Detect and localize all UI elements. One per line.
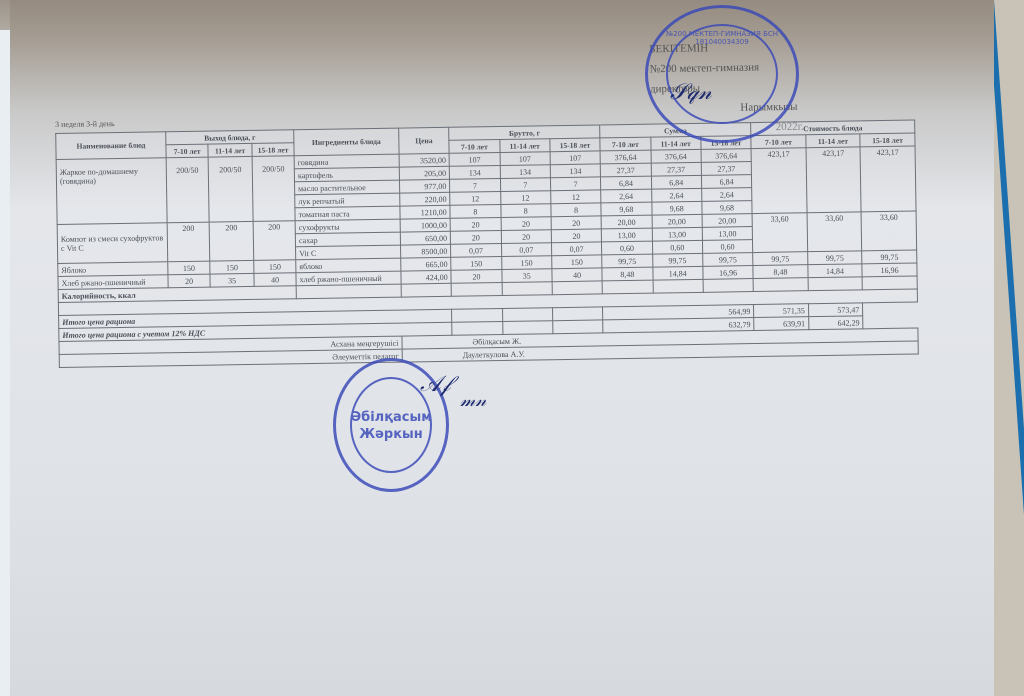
sum: 20,00 [652,214,703,228]
portion: 150 [210,260,254,274]
gross: 20 [451,270,502,284]
gross: 40 [552,268,603,282]
col-price: Цена [399,127,450,154]
gross: 134 [500,165,551,179]
price: 424,00 [401,270,452,284]
price: 665,00 [401,257,452,271]
sum: 20,00 [601,215,652,229]
total-vat-value: 642,29 [808,316,863,330]
portion: 150 [168,261,210,275]
price: 1000,00 [400,218,451,232]
gross: 8 [551,203,602,217]
dish-cost: 33,60 [807,212,862,252]
gross: 20 [551,229,602,243]
gross: 7 [550,177,601,191]
portion: 200 [253,221,296,261]
dish-name: Жаркое по-домашнему (говядина) [56,158,167,225]
gross: 7 [500,178,551,192]
sum: 8,48 [602,267,653,281]
age-group: 15-18 лет [860,133,915,147]
sum: 27,37 [651,162,702,176]
gross: 107 [500,152,551,166]
dish-cost: 99,75 [862,250,917,264]
sum: 6,84 [651,175,702,189]
dish-cost: 16,96 [862,263,917,277]
portion: 200 [209,221,254,261]
gross: 20 [450,218,501,232]
sum: 9,68 [702,201,753,215]
dish-cost: 99,75 [807,251,862,265]
sum: 99,75 [703,253,754,267]
gross: 8 [450,205,501,219]
gross: 134 [550,164,601,178]
age-group: 7-10 лет [751,135,806,149]
menu-table: Наименование блюд Выход блюда, г Ингреди… [55,119,919,367]
gross: 12 [500,191,551,205]
price: 977,00 [399,179,450,193]
gross: 12 [551,190,602,204]
dish-cost: 33,60 [861,211,916,251]
gross: 0,07 [501,243,552,257]
paper-edge [0,30,10,696]
menu-document: 3 неделя 3-й день Наименование блюд Выхо… [55,106,919,367]
sum: 2,64 [601,189,652,203]
age-group: 7-10 лет [600,137,651,151]
sum: 20,00 [702,214,753,228]
sum: 13,00 [702,227,753,241]
price: 3520,00 [399,153,450,167]
sum: 0,60 [702,240,753,254]
age-group: 15-18 лет [550,138,601,152]
sum: 13,00 [652,227,703,241]
gross: 150 [552,255,603,269]
gross: 20 [551,216,602,230]
gross: 0,07 [451,244,502,258]
total-value: 571,35 [754,304,809,318]
age-group: 11-14 лет [208,143,252,157]
gross: 134 [450,166,501,180]
age-group: 11-14 лет [650,136,701,150]
director-signature-icon: 𝒮𝓆𝓃 [670,80,712,105]
age-group: 7-10 лет [166,144,208,158]
sum: 376,64 [651,149,702,163]
gross: 35 [501,269,552,283]
dish-name: Компот из смеси сухофруктов с Vit C [57,223,168,264]
portion: 20 [168,274,210,288]
gross: 12 [450,192,501,206]
pedagogue-signature-icon: 𝓂𝓃 [460,390,486,411]
age-group: 11-14 лет [499,139,550,153]
sum: 9,68 [651,201,702,215]
sum: 9,68 [601,202,652,216]
total-value: 573,47 [808,303,863,317]
total-vat-value: 639,91 [754,317,809,331]
sum: 2,64 [651,188,702,202]
dish-cost: 33,60 [752,213,807,253]
portion: 200/50 [208,156,253,222]
portion: 40 [254,273,296,287]
gross: 20 [501,230,552,244]
dish-cost: 14,84 [808,264,863,278]
dish-cost: 423,17 [751,148,807,214]
sum: 6,84 [701,175,752,189]
dish-cost: 423,17 [806,147,862,213]
gross: 8 [500,204,551,218]
stamp-name-line: Жәркын [336,426,446,443]
portion: 150 [254,260,296,274]
portion: 200/50 [252,156,295,222]
sum: 99,75 [602,254,653,268]
age-group: 7-10 лет [449,140,500,154]
sum: 376,64 [600,150,651,164]
school-seal-stamp: №200 МЕКТЕП-ГИМНАЗИЯ БСН 181040034309 [645,5,799,143]
gross: 20 [501,217,552,231]
sum: 376,64 [701,149,752,163]
age-group: 11-14 лет [806,134,861,148]
price: 8500,00 [400,244,451,258]
age-group: 15-18 лет [252,143,294,157]
sum: 0,60 [602,241,653,255]
gross: 150 [451,257,502,271]
sum: 13,00 [601,228,652,242]
portion: 35 [210,273,254,287]
sum: 2,64 [702,188,753,202]
gross: 20 [451,231,502,245]
sum: 0,60 [652,240,703,254]
seal-text: №200 МЕКТЕП-ГИМНАЗИЯ БСН 181040034309 [648,30,796,46]
sum: 14,84 [652,266,703,280]
portion: 200 [167,222,210,262]
col-ingredients: Ингредиенты блюда [294,128,399,156]
dish-cost: 8,48 [753,265,808,279]
gross: 7 [450,179,501,193]
price: 220,00 [400,192,451,206]
dish-cost: 99,75 [753,252,808,266]
price: 650,00 [400,231,451,245]
sum: 16,96 [703,266,754,280]
col-dish-name: Наименование блюд [56,132,167,160]
gross: 107 [550,151,601,165]
sum: 27,37 [600,163,651,177]
price: 1210,00 [400,205,451,219]
sum: 6,84 [601,176,652,190]
sum: 27,37 [701,162,752,176]
gross: 107 [449,153,500,167]
gross: 0,07 [551,242,602,256]
gross: 150 [501,256,552,270]
stamp-name-line: Әбілқасым [336,409,446,426]
stamp-name: Әбілқасым Жәркын [336,409,446,443]
dish-cost: 423,17 [860,146,916,212]
sum: 99,75 [652,253,703,267]
price: 205,00 [399,166,450,180]
cook-signature-icon: 𝒜𝒻 [420,372,451,397]
portion: 200/50 [166,157,209,223]
